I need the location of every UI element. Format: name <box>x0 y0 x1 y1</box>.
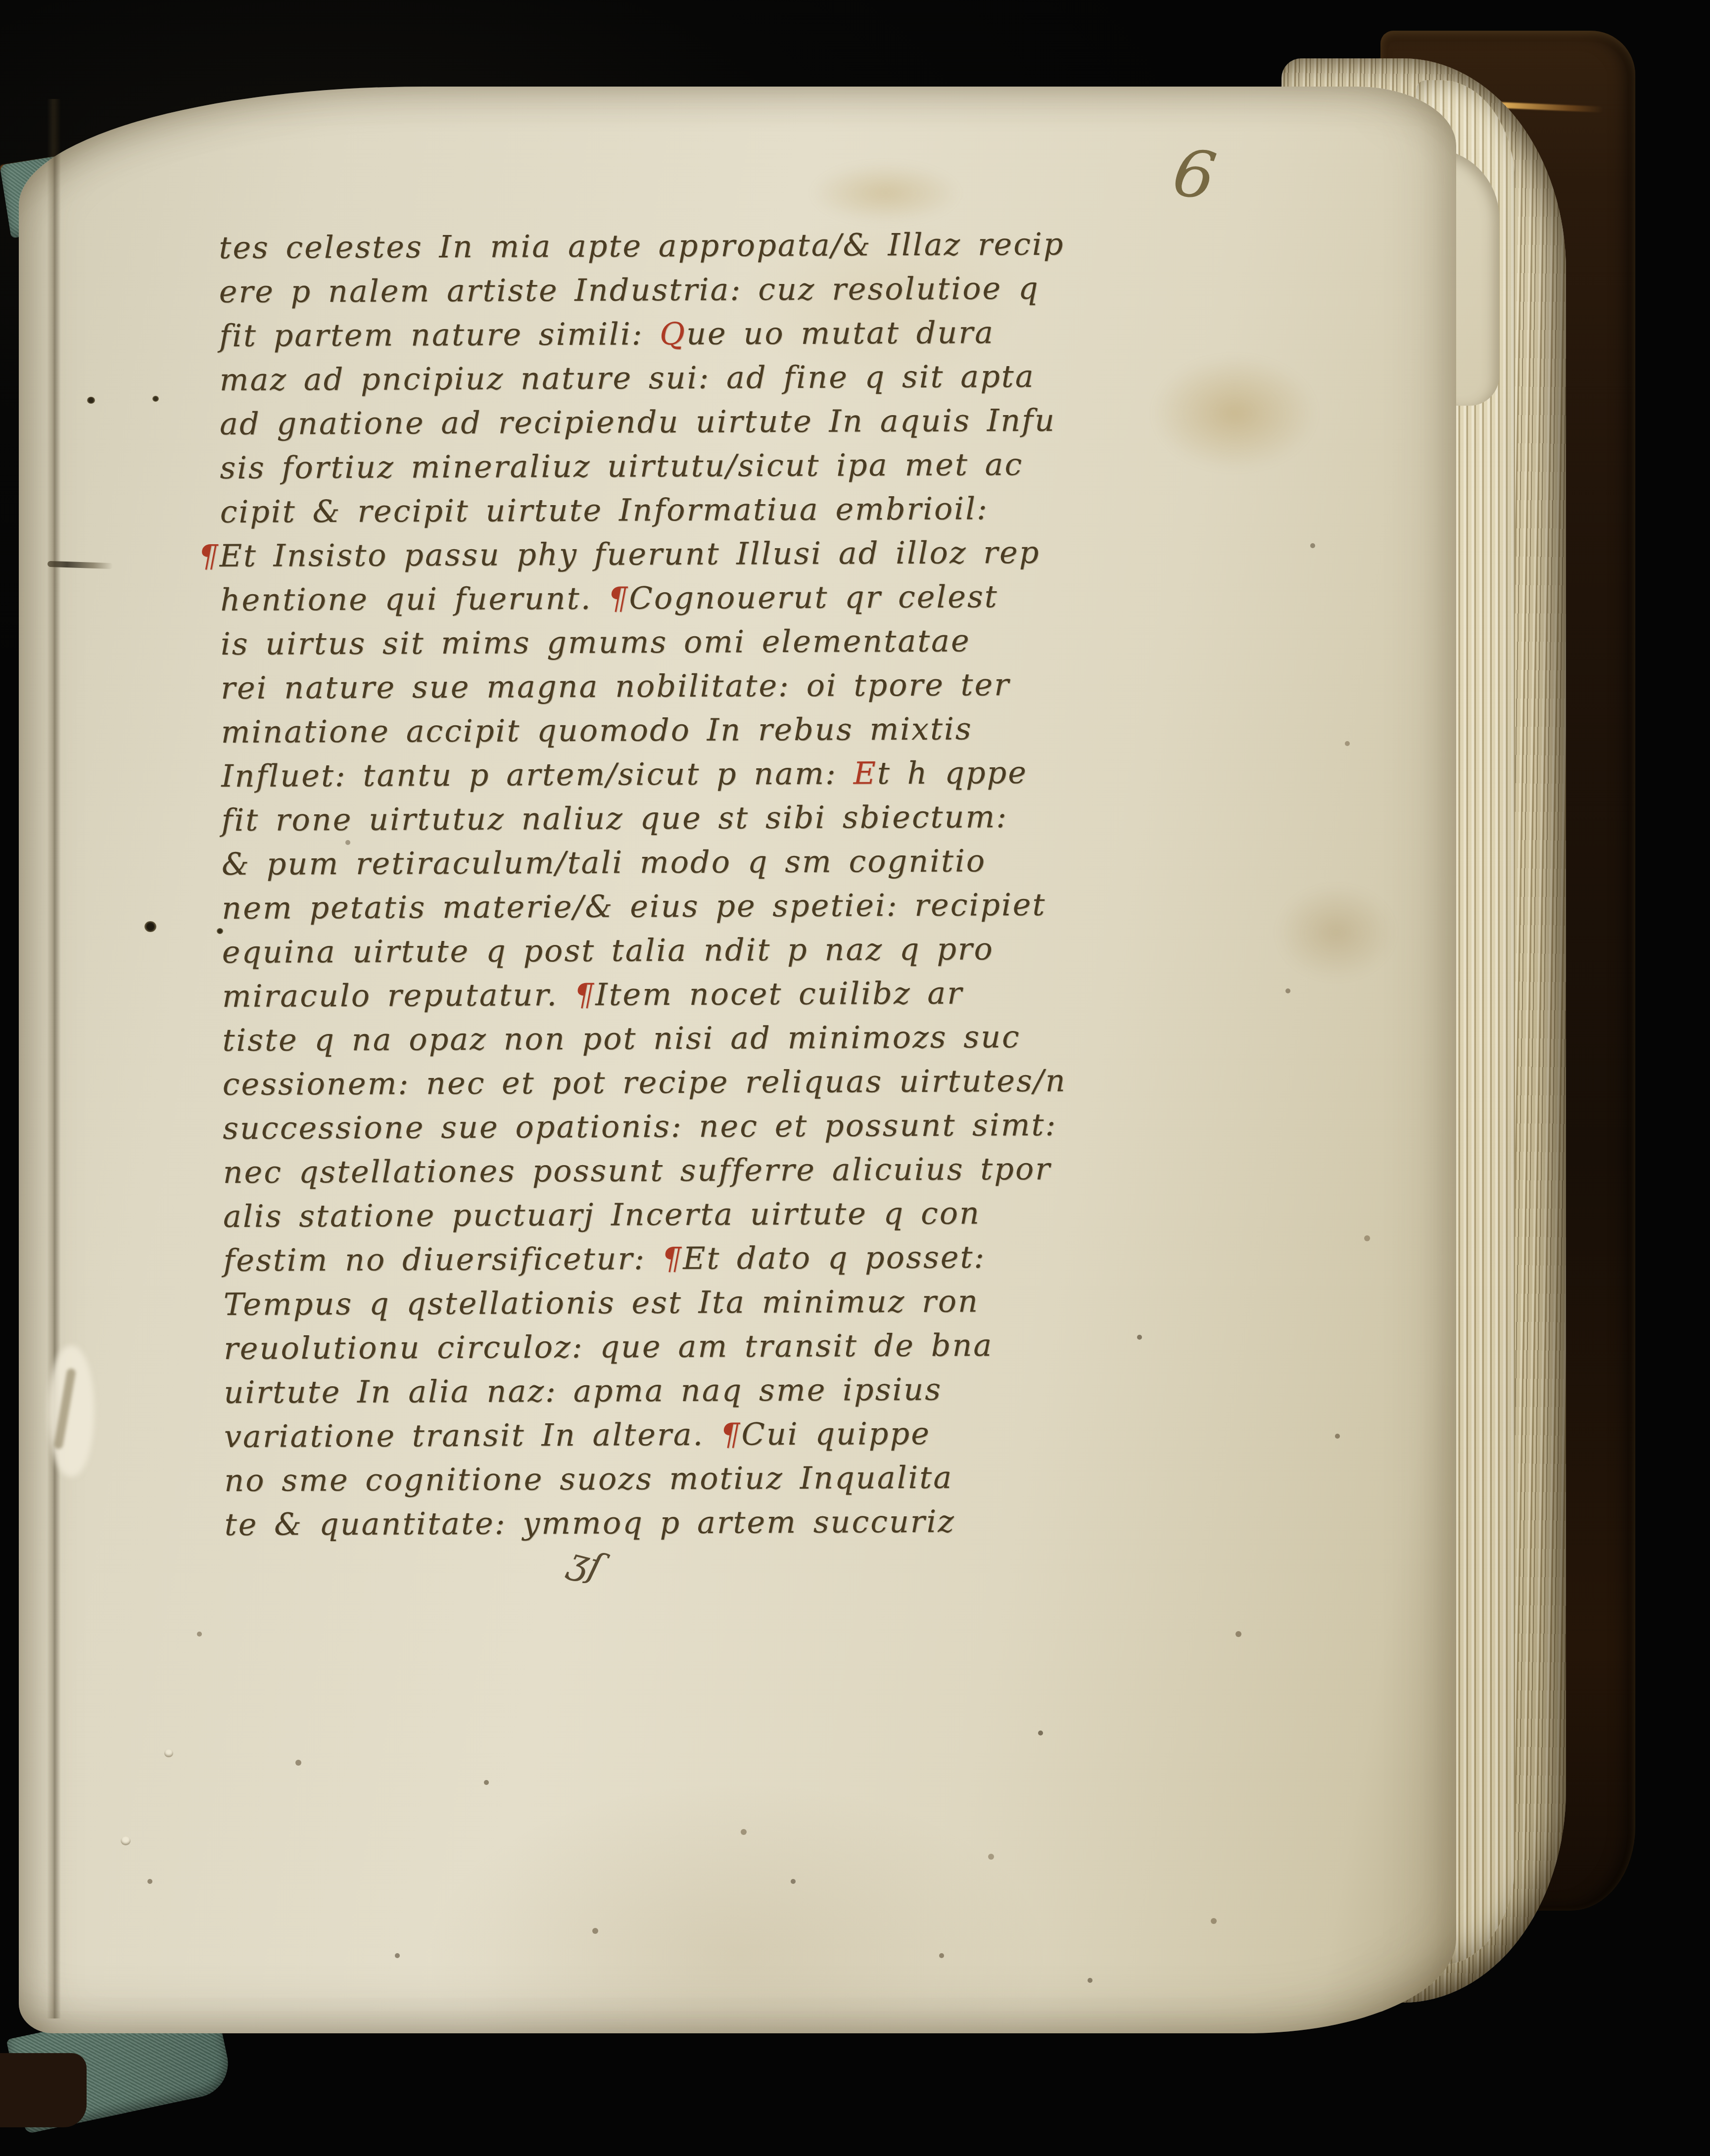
rubric-mark: ¶ <box>608 580 629 616</box>
text-segment: ue uo mutat dura <box>686 314 995 352</box>
text-segment: Et Insisto passu phy fuerunt Illusi ad i… <box>219 534 1040 574</box>
text-segment: maz ad pncipiuz nature sui: ad fine q si… <box>219 358 1035 398</box>
text-line: maz ad pncipiuz nature sui: ad fine q si… <box>219 354 1140 402</box>
text-segment: te & quantitate: ymmoq p artem succuriz <box>224 1503 955 1543</box>
text-line: festim no diuersificetur: ¶Et dato q pos… <box>223 1234 1143 1282</box>
text-segment: & pum retiraculum/tali modo q sm cogniti… <box>222 843 986 882</box>
text-line: variatione transit In altera. ¶Cui quipp… <box>224 1410 1144 1458</box>
text-segment: cipit & recipit uirtute Informatiua embr… <box>220 490 989 530</box>
text-line: fit rone uirtutuz naliuz que st sibi sbi… <box>221 794 1141 842</box>
text-segment: Cognouerut qr celest <box>629 578 998 616</box>
text-segment: alis statione puctuarj Incerta uirtute q… <box>223 1195 981 1234</box>
text-segment: tes celestes In mia apte appropata/& Ill… <box>219 226 1064 266</box>
text-segment: Cui quippe <box>741 1415 931 1453</box>
text-segment: fit partem nature simili: <box>219 316 660 354</box>
text-line: ¶Et Insisto passu phy fuerunt Illusi ad … <box>220 530 1140 578</box>
rubric-mark: ¶ <box>574 977 595 1013</box>
paper-hole <box>121 1836 131 1845</box>
gutter-crease <box>47 99 61 2018</box>
wormhole <box>87 397 95 404</box>
paper-stain <box>811 163 960 223</box>
text-segment: sis fortiuz mineraliuz uirtutu/sicut ipa… <box>220 446 1023 486</box>
text-segment: uirtute In alia naz: apma naq sme ipsius <box>224 1371 942 1410</box>
text-segment: no sme cognitione suozs motiuz Inqualita <box>224 1459 953 1499</box>
rubric-mark: ¶ <box>662 1240 683 1276</box>
text-segment: minatione accipit quomodo In rebus mixti… <box>221 710 972 750</box>
text-line: no sme cognitione suozs motiuz Inqualita <box>224 1454 1144 1502</box>
text-line: cipit & recipit uirtute Informatiua embr… <box>220 486 1140 534</box>
wormhole <box>152 396 159 402</box>
text-line: hentione qui fuerunt. ¶Cognouerut qr cel… <box>220 574 1140 622</box>
text-segment: reuolutionu circuloz: que am transit de … <box>224 1327 993 1366</box>
text-segment: is uirtus sit mims gmums omi elementatae <box>221 622 971 662</box>
text-line: is uirtus sit mims gmums omi elementatae <box>221 618 1141 666</box>
text-line: ere p nalem artiste Industria: cuz resol… <box>219 266 1140 314</box>
text-segment: ere p nalem artiste Industria: cuz resol… <box>219 270 1040 310</box>
text-line: sis fortiuz mineraliuz uirtutu/sicut ipa… <box>220 442 1140 490</box>
text-segment: Item nocet cuilibz ar <box>595 975 963 1013</box>
text-line: equina uirtute q post talia ndit p naz q… <box>222 926 1142 974</box>
text-line: minatione accipit quomodo In rebus mixti… <box>221 706 1141 754</box>
text-line: tes celestes In mia apte appropata/& Ill… <box>219 222 1139 270</box>
text-line: nem petatis materie/& eius pe spetiei: r… <box>222 882 1142 930</box>
rubric-mark: ¶ <box>720 1416 742 1452</box>
text-segment: variatione transit In altera. <box>224 1416 720 1454</box>
text-line: rei nature sue magna nobilitate: oi tpor… <box>221 662 1141 710</box>
text-line: uirtute In alia naz: apma naq sme ipsius <box>224 1366 1144 1414</box>
text-segment: Tempus q qstellationis est Ita minimuz r… <box>224 1283 980 1322</box>
text-segment: tiste q na opaz non pot nisi ad minimozs… <box>222 1019 1021 1058</box>
text-segment: ad gnatione ad recipiendu uirtute In aqu… <box>220 402 1056 442</box>
text-segment: miraculo reputatur. <box>222 977 574 1014</box>
text-line: Influet: tantu p artem/sicut p nam: Et h… <box>221 750 1141 798</box>
text-block: tes celestes In mia apte appropata/& Ill… <box>219 222 1145 1547</box>
text-line: successione sue opationis: nec et possun… <box>223 1102 1143 1150</box>
paper-flaw <box>48 1346 94 1477</box>
cover-fragment <box>0 2053 87 2127</box>
text-line: cessionem: nec et pot recipe reliquas ui… <box>223 1058 1143 1106</box>
text-segment: Influet: tantu p artem/sicut p nam: <box>221 755 854 794</box>
rubric-mark: Q <box>660 316 686 352</box>
text-segment: rei nature sue magna nobilitate: oi tpor… <box>221 666 1010 706</box>
text-line: tiste q na opaz non pot nisi ad minimozs… <box>222 1014 1142 1062</box>
text-segment: fit rone uirtutuz naliuz que st sibi sbi… <box>221 798 1008 838</box>
text-segment: nec qstellationes possunt sufferre alicu… <box>223 1151 1051 1190</box>
text-segment: hentione qui fuerunt. <box>220 580 608 618</box>
text-segment: cessionem: nec et pot recipe reliquas ui… <box>223 1063 1067 1102</box>
text-segment: nem petatis materie/& eius pe spetiei: r… <box>222 887 1046 926</box>
rubric-mark: E <box>853 755 877 791</box>
text-line: nec qstellationes possunt sufferre alicu… <box>223 1146 1143 1194</box>
wormhole <box>144 921 156 932</box>
text-line: ad gnatione ad recipiendu uirtute In aqu… <box>220 398 1140 446</box>
text-segment: festim no diuersificetur: <box>223 1240 662 1278</box>
text-line: miraculo reputatur. ¶Item nocet cuilibz … <box>222 970 1142 1018</box>
text-segment: Et dato q posset: <box>683 1239 986 1276</box>
paper-hole <box>164 1749 173 1757</box>
text-line: reuolutionu circuloz: que am transit de … <box>224 1322 1144 1370</box>
rubric-mark: ¶ <box>198 538 220 574</box>
manuscript-photo: 6 tes celestes In mia apte appropata/& I… <box>0 0 1710 2156</box>
text-segment: successione sue opationis: nec et possun… <box>223 1107 1057 1146</box>
paper-stain <box>1277 886 1395 980</box>
text-line: te & quantitate: ymmoq p artem succuriz <box>224 1499 1144 1547</box>
text-segment: equina uirtute q post talia ndit p naz q… <box>222 931 994 970</box>
text-line: & pum retiraculum/tali modo q sm cogniti… <box>222 838 1142 886</box>
text-line: Tempus q qstellationis est Ita minimuz r… <box>224 1278 1144 1326</box>
text-line: alis statione puctuarj Incerta uirtute q… <box>223 1190 1143 1238</box>
text-segment: t h qppe <box>877 754 1028 791</box>
paper-stain <box>1153 356 1316 470</box>
text-line: fit partem nature simili: Que uo mutat d… <box>219 310 1140 358</box>
